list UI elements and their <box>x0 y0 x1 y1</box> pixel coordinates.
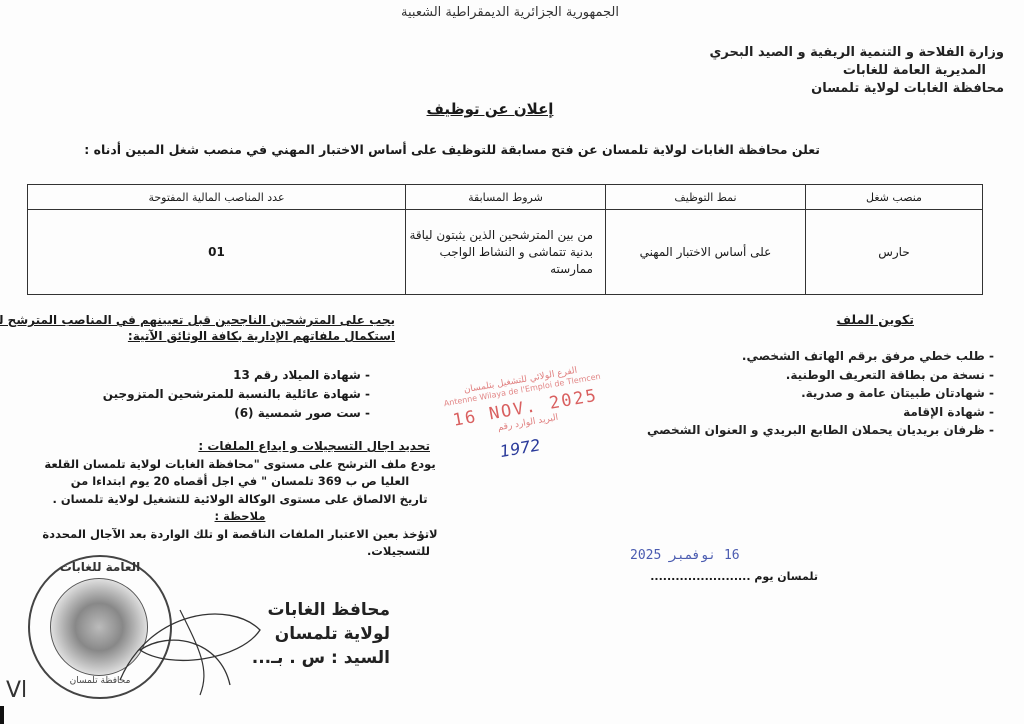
cell-position: حارس <box>806 210 983 295</box>
list-item: - طلب خطي مرفق برقم الهاتف الشخصي. <box>674 347 994 366</box>
republic-header: الجمهورية الجزائرية الديمقراطية الشعبية <box>200 5 820 20</box>
heading-line: استكمال ملفاتهم الإدارية بكافة الوثائق ا… <box>30 328 395 344</box>
successful-candidates-list: - شهادة الميلاد رقم 13 - شهادة عائلية با… <box>90 366 370 423</box>
cell-conditions: من بين المترشحين الذين يثبتون لياقة بدني… <box>406 210 606 295</box>
table-header-row: منصب شغل نمط التوظيف شروط المسابقة عدد ا… <box>28 185 983 210</box>
handwritten-page-mark: Vl <box>6 678 27 703</box>
file-composition-title: تكوين الملف <box>837 312 914 327</box>
document-page: الجمهورية الجزائرية الديمقراطية الشعبية … <box>0 0 1024 724</box>
announcement-intro: تعلن محافظة الغابات لولاية تلمسان عن فتح… <box>200 142 820 157</box>
cell-recruitment-mode: على أساس الاختبار المهني <box>606 210 806 295</box>
positions-table: منصب شغل نمط التوظيف شروط المسابقة عدد ا… <box>27 184 983 295</box>
col-header-open-positions: عدد المناصب المالية المفتوحة <box>28 185 406 210</box>
note-title: ملاحظة : <box>30 508 450 526</box>
list-item: - شهادتان طبيتان عامة و صدرية. <box>674 384 994 403</box>
list-item: - شهادة الإقامة <box>674 403 994 422</box>
col-header-recruitment-mode: نمط التوظيف <box>606 185 806 210</box>
note-line: لاتؤخذ بعين الاعتبار الملفات الناقصة او … <box>30 526 450 544</box>
handwritten-number: 1972 <box>498 435 541 461</box>
col-header-position: منصب شغل <box>806 185 983 210</box>
col-header-conditions: شروط المسابقة <box>406 185 606 210</box>
issuing-authority: وزارة الفلاحة و التنمية الريفية و الصيد … <box>684 44 1004 98</box>
conservation-name: محافظة الغابات لولاية تلمسان <box>684 80 1004 98</box>
list-item: - شهادة عائلية بالنسبة للمترشحين المتزوج… <box>90 385 370 404</box>
condition-line: بدنية تتماشى و النشاط الواجب <box>407 244 593 261</box>
seal-text: العامة للغابات <box>40 560 160 574</box>
successful-candidates-heading: يجب على المترشحين الناجحين قبل تعيينهم ف… <box>30 312 395 344</box>
deadline-title: تحديد اجال التسجيلات و ايداع الملفات : <box>30 438 450 456</box>
ministry-name: وزارة الفلاحة و التنمية الريفية و الصيد … <box>684 44 1004 62</box>
file-composition-list: - طلب خطي مرفق برقم الهاتف الشخصي. - نسخ… <box>674 347 994 440</box>
deadline-section: تحديد اجال التسجيلات و ايداع الملفات : ي… <box>30 438 450 561</box>
stamped-date: 16 نوفمبر 2025 <box>630 548 740 563</box>
signatory-block: محافظ الغابات لولاية تلمسان السيد : س . … <box>160 598 390 670</box>
cell-open-positions: 01 <box>28 210 406 295</box>
deadline-line: تاريخ الالصاق على مستوى الوكالة الولائية… <box>30 491 450 509</box>
list-item: - ظرفان بريديان يحملان الطابع البريدي و … <box>674 421 994 440</box>
signatory-title: محافظ الغابات <box>160 598 390 622</box>
deadline-line: يودع ملف الترشح على مستوى "محافظة الغابا… <box>30 456 450 474</box>
dateline: تلمسان يوم ........................ <box>600 570 818 583</box>
announcement-title: إعلان عن توظيف <box>340 100 640 118</box>
condition-line: ممارسته <box>407 261 593 278</box>
scan-edge <box>0 706 4 724</box>
list-item: - ست صور شمسية (6) <box>90 404 370 423</box>
deadline-line: العليا ص ب 369 تلمسان " في اجل أقصاه 20 … <box>30 473 450 491</box>
signatory-name: السيد : س . بـ... <box>160 646 390 670</box>
list-item: - شهادة الميلاد رقم 13 <box>90 366 370 385</box>
heading-line: يجب على المترشحين الناجحين قبل تعيينهم ف… <box>30 312 395 328</box>
signatory-wilaya: لولاية تلمسان <box>160 622 390 646</box>
list-item: - نسخة من بطاقة التعريف الوطنية. <box>674 366 994 385</box>
directorate-name: المديرية العامة للغابات <box>684 62 1004 80</box>
table-row: حارس على أساس الاختبار المهني من بين الم… <box>28 210 983 295</box>
condition-line: من بين المترشحين الذين يثبتون لياقة <box>407 227 593 244</box>
reception-stamp: الفرع الولائي للتشغيل بتلمسان Antenne Wi… <box>434 360 622 479</box>
